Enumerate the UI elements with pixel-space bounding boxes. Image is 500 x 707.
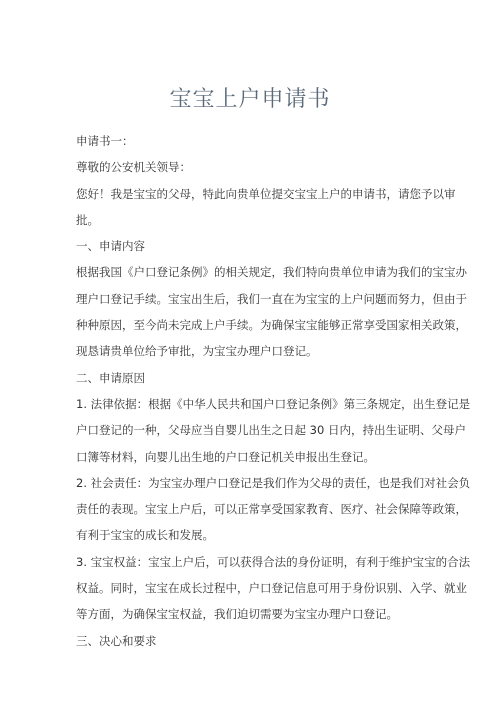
- paragraph-line: 现恳请贵单位给予审批，为宝宝办理户口登记。: [76, 338, 476, 364]
- paragraph-line: 根据我国《户口登记条例》的相关规定，我们特向贵单位申请为我们的宝宝办: [76, 259, 476, 285]
- paragraph-line: 口簿等材料，向婴儿出生地的户口登记机关申报出生登记。: [76, 444, 476, 470]
- paragraph-line: 权益。同时，宝宝在成长过程中，户口登记信息可用于身份识别、入学、就业: [76, 575, 476, 601]
- section-heading: 一、申请内容: [76, 233, 476, 259]
- paragraph-line: 有利于宝宝的成长和发展。: [76, 522, 476, 548]
- salutation: 尊敬的公安机关领导：: [76, 154, 476, 180]
- document-body: 申请书一： 尊敬的公安机关领导： 您好！我是宝宝的父母，特此向贵单位提交宝宝上户…: [76, 128, 476, 654]
- paragraph-line: 3. 宝宝权益：宝宝上户后，可以获得合法的身份证明，有利于维护宝宝的合法: [76, 549, 476, 575]
- paragraph-line: 1. 法律依据：根据《中华人民共和国户口登记条例》第三条规定，出生登记是: [76, 391, 476, 417]
- paragraph-line: 等方面，为确保宝宝权益，我们迫切需要为宝宝办理户口登记。: [76, 601, 476, 627]
- section-heading: 二、申请原因: [76, 365, 476, 391]
- document-title: 宝宝上户申请书: [0, 82, 500, 113]
- paragraph-line: 理户口登记手续。宝宝出生后，我们一直在为宝宝的上户问题而努力，但由于: [76, 286, 476, 312]
- intro-line: 批。: [76, 207, 476, 233]
- paragraph-line: 种种原因，至今尚未完成上户手续。为确保宝宝能够正常享受国家相关政策，: [76, 312, 476, 338]
- paragraph-line: 2. 社会责任：为宝宝办理户口登记是我们作为父母的责任，也是我们对社会负: [76, 470, 476, 496]
- intro-line: 您好！我是宝宝的父母，特此向贵单位提交宝宝上户的申请书，请您予以审: [76, 181, 476, 207]
- paragraph-line: 责任的表现。宝宝上户后，可以正常享受国家教育、医疗、社会保障等政策，: [76, 496, 476, 522]
- document-page: 宝宝上户申请书 申请书一： 尊敬的公安机关领导： 您好！我是宝宝的父母，特此向贵…: [0, 0, 500, 707]
- section-heading: 三、决心和要求: [76, 628, 476, 654]
- salutation-heading: 申请书一：: [76, 128, 476, 154]
- paragraph-line: 户口登记的一种，父母应当自婴儿出生之日起 30 日内，持出生证明、父母户: [76, 417, 476, 443]
